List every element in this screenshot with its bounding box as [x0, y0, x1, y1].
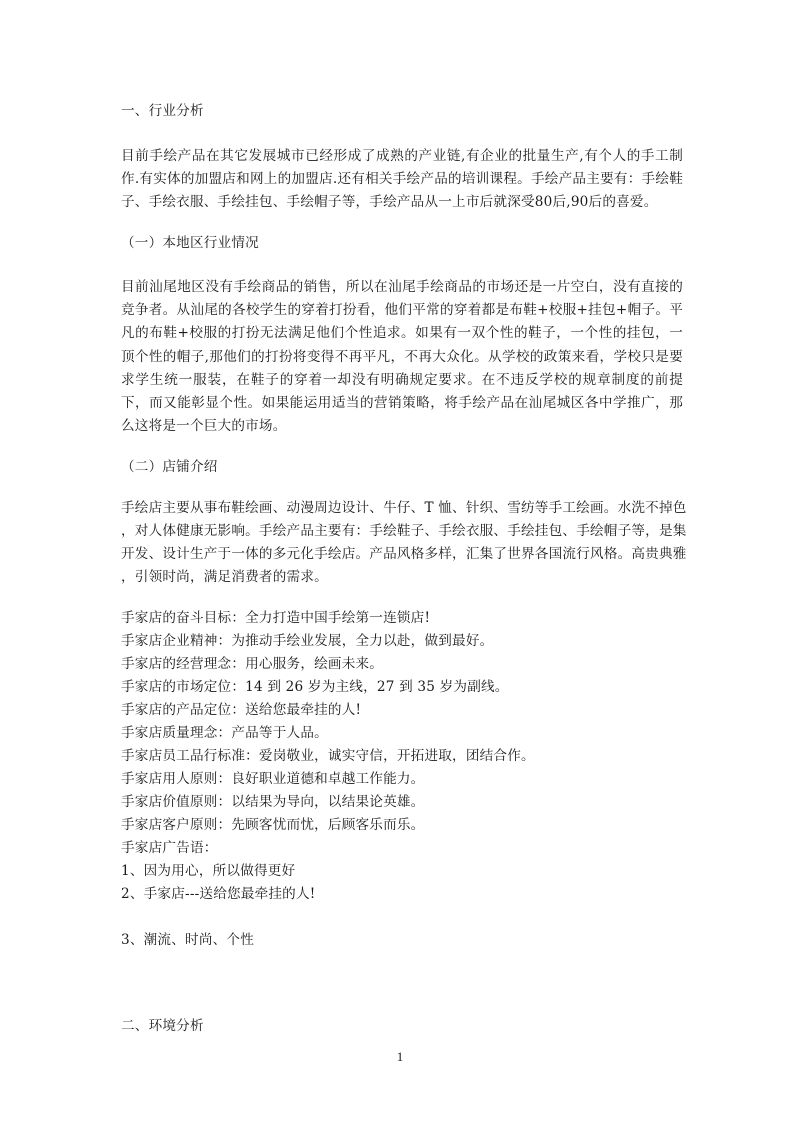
local-industry-paragraph: 目前汕尾地区没有手绘商品的销售，所以在汕尾手绘商品的市场还是一片空白，没有直接的…: [121, 276, 683, 438]
shop-intro-line: 开发、设计生产于一体的多元化手绘店。产品风格多样，汇集了世界各国流行风格。高贵典…: [121, 546, 687, 562]
list-item: 手家店的奋斗目标：全力打造中国手绘第一连锁店!: [121, 610, 430, 626]
list-item: 手家店客户原则：先顾客忧而忧，后顾客乐而乐。: [121, 817, 424, 833]
industry-paragraph: 目前手绘产品在其它发展城市已经形成了成熟的产业链,有企业的批量生产,有个人的手工…: [121, 145, 683, 215]
subsection-heading: （二）店铺介绍: [121, 459, 218, 475]
shop-intro-line: 手绘店主要从事布鞋绘画、动漫周边设计、牛仔、T 恤、针织、雪纺等手工绘画。水洗不…: [121, 500, 687, 516]
list-item: 2、手家店---送给您最牵挂的人!: [121, 886, 315, 902]
list-item: 手家店的市场定位：14 到 26 岁为主线，27 到 35 岁为副线。: [121, 679, 509, 695]
shop-intro-line: ，引领时尚，满足消费者的需求。: [121, 569, 328, 585]
list-item: 手家店员工品行标准：爱岗敬业，诚实守信，开拓进取，团结合作。: [121, 748, 535, 764]
section-heading: 二、环境分析: [121, 1018, 204, 1034]
list-item: 手家店质量理念：产品等于人品。: [121, 725, 328, 741]
list-item: 手家店广告语：: [121, 840, 218, 856]
list-item: 手家店企业精神：为推动手绘业发展，全力以赴，做到最好。: [121, 633, 493, 649]
subsection-heading: （一）本地区行业情况: [121, 235, 259, 251]
page-number: 1: [0, 1049, 800, 1065]
list-item: 手家店用人原则：良好职业道德和卓越工作能力。: [121, 771, 424, 787]
list-item: 手家店价值原则：以结果为导向，以结果论英雄。: [121, 794, 424, 810]
list-item: 手家店的产品定位：送给您最牵挂的人!: [121, 702, 361, 718]
list-item: 3、潮流、时尚、个性: [121, 932, 254, 948]
section-heading: 一、行业分析: [121, 103, 204, 119]
shop-intro-line: ，对人体健康无影响。手绘产品主要有：手绘鞋子、手绘衣服、手绘挂包、手绘帽子等，是…: [121, 523, 687, 539]
list-item: 手家店的经营理念：用心服务，绘画未来。: [121, 656, 383, 672]
list-item: 1、因为用心，所以做得更好: [121, 863, 295, 879]
